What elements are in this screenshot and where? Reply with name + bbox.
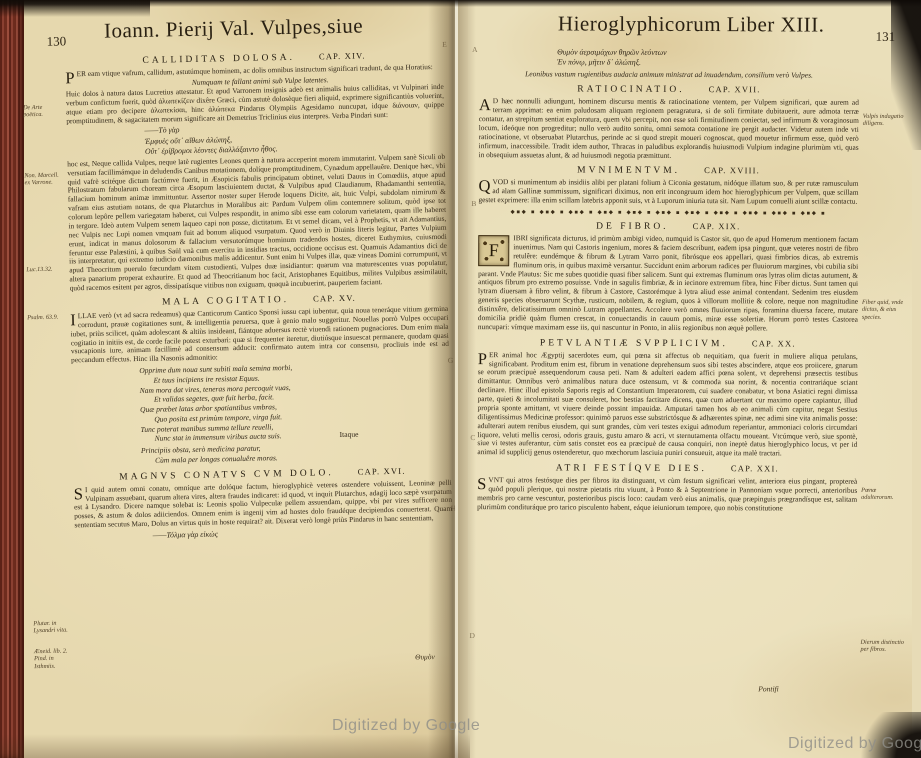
signature-letter: A bbox=[472, 45, 477, 54]
left-page-body: CALLIDITAS DOLOSA.CAP. XIV.PER eam vtiqu… bbox=[19, 42, 459, 544]
chapter-heading: DE FIBRO.CAP. XIX. bbox=[478, 220, 858, 233]
chapter-number: CAP. XVI. bbox=[358, 465, 406, 476]
chapter-heading: ATRI FESTÍQVE DIES.CAP. XXI. bbox=[477, 462, 857, 475]
signature-letter: B bbox=[471, 199, 476, 208]
right-page: Hieroglyphicorum Liber XIII. 131 Θυμὸν ἀ… bbox=[468, 0, 912, 758]
margin-note: De Arte poëtica. bbox=[23, 103, 63, 118]
right-page-content: Hieroglyphicorum Liber XIII. 131 Θυμὸν ἀ… bbox=[466, 0, 913, 758]
chapter-title: ATRI FESTÍQVE DIES. bbox=[556, 464, 707, 475]
chapter-heading: RATIOCINATIO.CAP. XVII. bbox=[479, 83, 859, 96]
book-scan: 130 Ioann. Pierij Val. Vulpes,siue CALLI… bbox=[0, 0, 921, 758]
drop-cap: P bbox=[478, 351, 489, 365]
chapter-number: CAP. XVII. bbox=[709, 84, 761, 94]
paragraph: hoc est, Neque callida Vulpes, neque lat… bbox=[67, 153, 448, 294]
paragraph: SI quid autem omni conatu, omníque arte … bbox=[74, 479, 453, 531]
margin-note: Æneid. lib. 2. Pind. in Isthmiis. bbox=[34, 647, 74, 670]
paragraph: PER animal hoc Ægyptij sacerdotes eum, q… bbox=[477, 351, 857, 459]
margin-note: Psalm. 63.9. bbox=[27, 313, 67, 321]
chapter-title: RATIOCINATIO. bbox=[577, 85, 684, 95]
left-page: 130 Ioann. Pierij Val. Vulpes,siue CALLI… bbox=[24, 0, 454, 758]
paragraph: ILLAE verò (vt ad sacra redeamus) quæ Ca… bbox=[70, 305, 449, 366]
type-ornament-row: ◆▪◆ ▪ ◆▪◆ ▪ ◆▪◆ ▪ ◆▪◆ ▪ ◆▪◆ ▪ ◆▪◆ ▪ ◆▪◆ … bbox=[478, 209, 858, 217]
aside-word: Itaque bbox=[339, 430, 358, 439]
chapter-number: CAP. XXI. bbox=[731, 463, 779, 473]
right-page-header: Hieroglyphicorum Liber XIII. 131 bbox=[469, 0, 913, 47]
gutter-seam bbox=[455, 0, 458, 758]
chapter-title: DE FIBRO. bbox=[596, 222, 668, 232]
google-watermark-right: Digitized by Google bbox=[788, 735, 921, 753]
paragraph: QVOD si munimentum ab insidiis alibi per… bbox=[478, 178, 858, 206]
chapter-title: MVNIMENTVM. bbox=[577, 166, 680, 176]
signature-letter: D bbox=[470, 631, 475, 640]
signature-letter: G bbox=[448, 356, 454, 365]
margin-note: Plutar. in Lysandri vita. bbox=[33, 619, 73, 634]
greek-verse: Θυμὸν ἀερσιμάχων θηρῶν λεόντωνἘν πόνῳ, μ… bbox=[479, 47, 859, 69]
chapter-title: MALA COGITATIO. bbox=[162, 295, 289, 308]
verse-block: Opprime dum noua sunt subiti mala semina… bbox=[71, 360, 450, 446]
quotation-line: Leonibus vastum rugientibus audacia anim… bbox=[479, 69, 859, 80]
running-title-right: Hieroglyphicorum Liber XIII. bbox=[469, 11, 913, 38]
chapter-title: CALLIDITAS DOLOSA. bbox=[142, 53, 295, 66]
right-page-body: Θυμὸν ἀερσιμάχων θηρῶν λεόντωνἘν πόνῳ, μ… bbox=[467, 47, 913, 514]
margin-note: Fiber quid, vnde dictus, & eius species. bbox=[862, 299, 908, 321]
woodcut-initial: F bbox=[478, 235, 509, 266]
drop-cap: Q bbox=[478, 178, 492, 192]
catchword-left: Θυμὸν bbox=[415, 652, 435, 661]
paragraph: SVNT qui atros festósque dies per fibros… bbox=[477, 476, 857, 513]
chapter-heading: MVNIMENTVM.CAP. XVIII. bbox=[479, 164, 859, 177]
paragraph: FIBRI significata dicturus, id primùm am… bbox=[478, 234, 858, 333]
chapter-number: CAP. XV. bbox=[313, 293, 356, 304]
catchword-right: Pontifi bbox=[758, 684, 778, 693]
margin-note: Luc.13.32. bbox=[26, 265, 66, 273]
paragraph: Huic dolos à natura datos Lucretius atte… bbox=[66, 83, 445, 126]
margin-note: Dierum distinctio per fibros. bbox=[860, 639, 906, 654]
scan-shadow-bottom bbox=[0, 734, 470, 758]
drop-cap: S bbox=[74, 486, 85, 500]
scan-corner-top-left bbox=[0, 0, 150, 20]
drop-cap: A bbox=[479, 97, 493, 111]
chapter-heading: PETVLANTIÆ SVPPLICIVM.CAP. XX. bbox=[478, 337, 858, 350]
signature-letter: C bbox=[470, 433, 475, 442]
chapter-number: CAP. XIX. bbox=[693, 221, 741, 231]
chapter-title: PETVLANTIÆ SVPPLICIVM. bbox=[540, 338, 728, 349]
margin-note: Pœnæ adulterorum. bbox=[861, 487, 907, 502]
google-watermark-left: Digitized by Google bbox=[332, 717, 480, 735]
verse-line: Ἐν πόνῳ, μῆτιν δ᾽ ἀλώπηξ. bbox=[557, 58, 859, 69]
margin-note: Non. Marcell. ex Varrone. bbox=[24, 171, 64, 186]
signature-letter: E bbox=[442, 40, 447, 49]
scan-corner-top-right bbox=[891, 0, 921, 150]
chapter-number: CAP. XVIII. bbox=[704, 165, 760, 175]
paragraph: AD hæc nonnulli adiungunt, hominem discu… bbox=[479, 97, 859, 161]
drop-cap: I bbox=[70, 312, 78, 326]
left-page-content: 130 Ioann. Pierij Val. Vulpes,siue CALLI… bbox=[18, 0, 463, 758]
drop-cap: S bbox=[477, 476, 488, 490]
chapter-number: CAP. XIV. bbox=[319, 50, 366, 61]
drop-cap: P bbox=[65, 70, 76, 84]
chapter-number: CAP. XX. bbox=[752, 338, 796, 348]
